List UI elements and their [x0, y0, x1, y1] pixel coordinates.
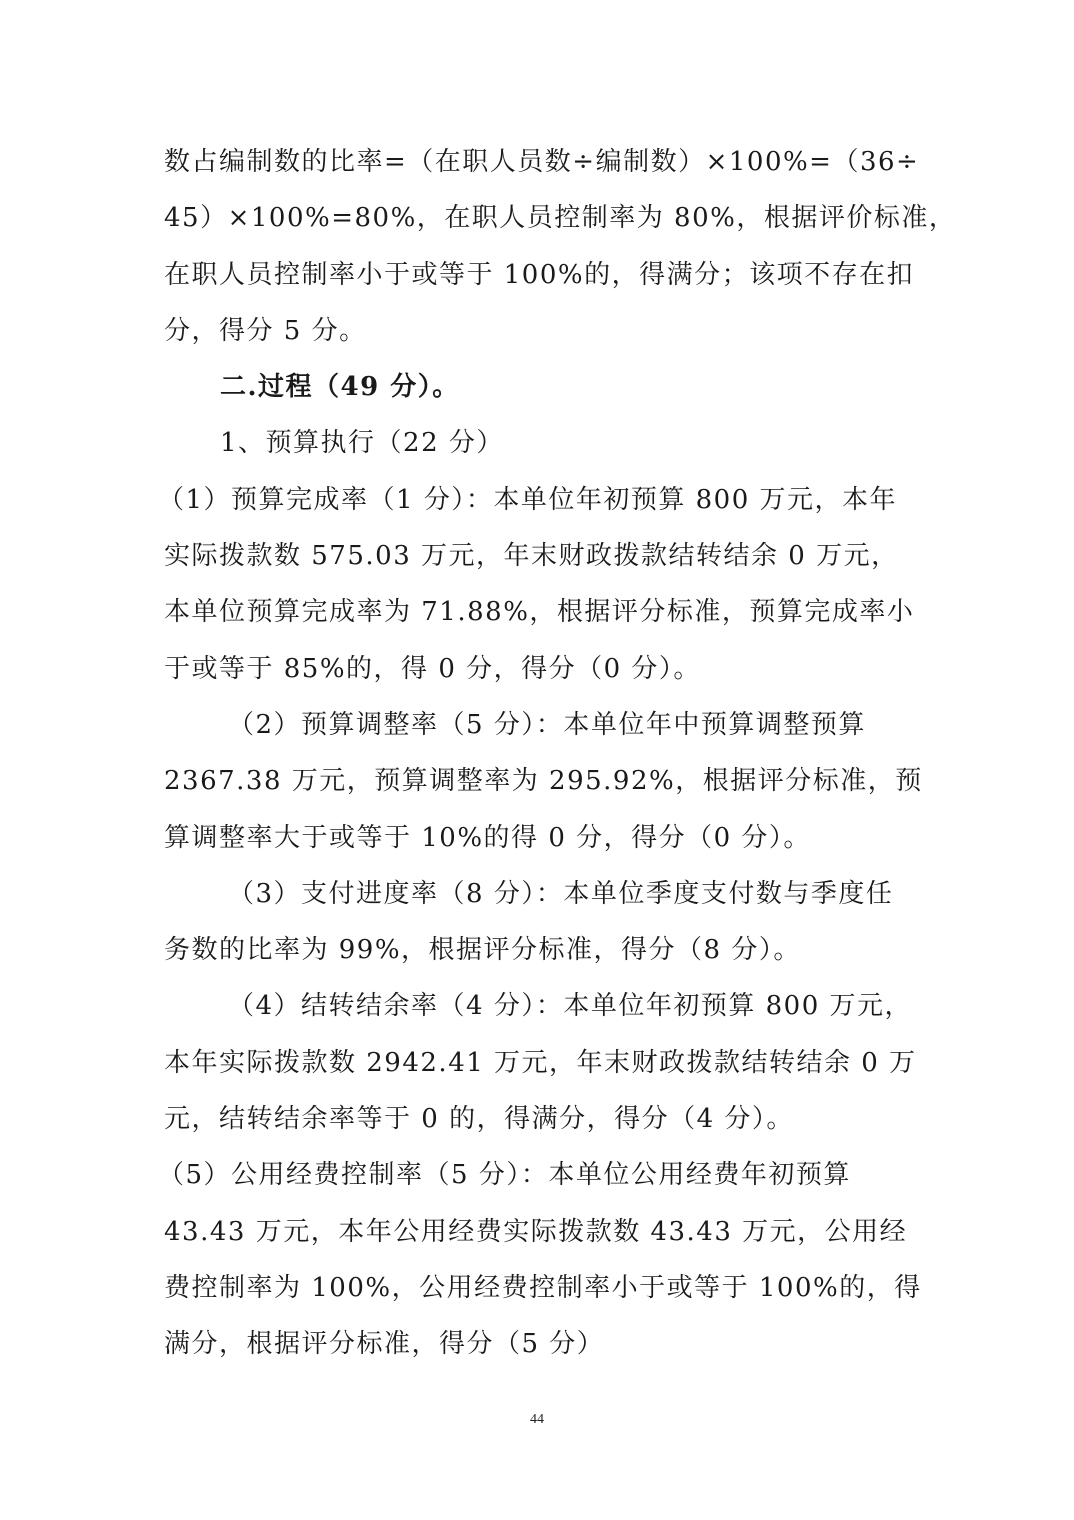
section-heading: 二.过程（49 分）。 [164, 359, 912, 415]
page-number: 44 [0, 1412, 1074, 1428]
text-line: 费控制率为 100%，公用经费控制率小于或等于 100%的，得 [164, 1260, 912, 1316]
text-line: 本单位预算完成率为 71.88%，根据评分标准，预算完成率小 [164, 584, 912, 640]
text-line: （1）预算完成率（1 分）：本单位年初预算 800 万元，本年 [158, 472, 912, 528]
text-line: （2）预算调整率（5 分）：本单位年中预算调整预算 [164, 697, 912, 753]
text-line: （3）支付进度率（8 分）：本单位季度支付数与季度任 [164, 866, 912, 922]
text-line: 43.43 万元，本年公用经费实际拨款数 43.43 万元，公用经 [164, 1204, 912, 1260]
text-line: （5）公用经费控制率（5 分）：本单位公用经费年初预算 [158, 1147, 912, 1203]
text-line: 于或等于 85%的，得 0 分，得分（0 分）。 [164, 641, 912, 697]
text-line: （4）结转结余率（4 分）：本单位年初预算 800 万元， [164, 978, 912, 1034]
text-line: 2367.38 万元，预算调整率为 295.92%，根据评分标准，预 [164, 753, 912, 809]
document-page: 数占编制数的比率=（在职人员数÷编制数）×100%=（36÷ 45）×100%=… [0, 0, 1074, 1520]
text-line: 数占编制数的比率=（在职人员数÷编制数）×100%=（36÷ [164, 134, 912, 190]
subsection-heading: 1、预算执行（22 分） [164, 415, 912, 471]
text-line: 分，得分 5 分。 [164, 303, 912, 359]
text-line: 本年实际拨款数 2942.41 万元，年末财政拨款结转结余 0 万 [164, 1035, 912, 1091]
text-line: 45）×100%=80%，在职人员控制率为 80%，根据评价标准， [164, 190, 912, 246]
text-line: 满分，根据评分标准，得分（5 分） [164, 1316, 912, 1372]
text-line: 元，结转结余率等于 0 的，得满分，得分（4 分）。 [164, 1091, 912, 1147]
text-line: 实际拨款数 575.03 万元，年末财政拨款结转结余 0 万元， [164, 528, 912, 584]
text-line: 务数的比率为 99%，根据评分标准，得分（8 分）。 [164, 922, 912, 978]
text-line: 在职人员控制率小于或等于 100%的，得满分；该项不存在扣 [164, 247, 912, 303]
body-text: 数占编制数的比率=（在职人员数÷编制数）×100%=（36÷ 45）×100%=… [164, 134, 912, 1373]
text-line: 算调整率大于或等于 10%的得 0 分，得分（0 分）。 [164, 810, 912, 866]
